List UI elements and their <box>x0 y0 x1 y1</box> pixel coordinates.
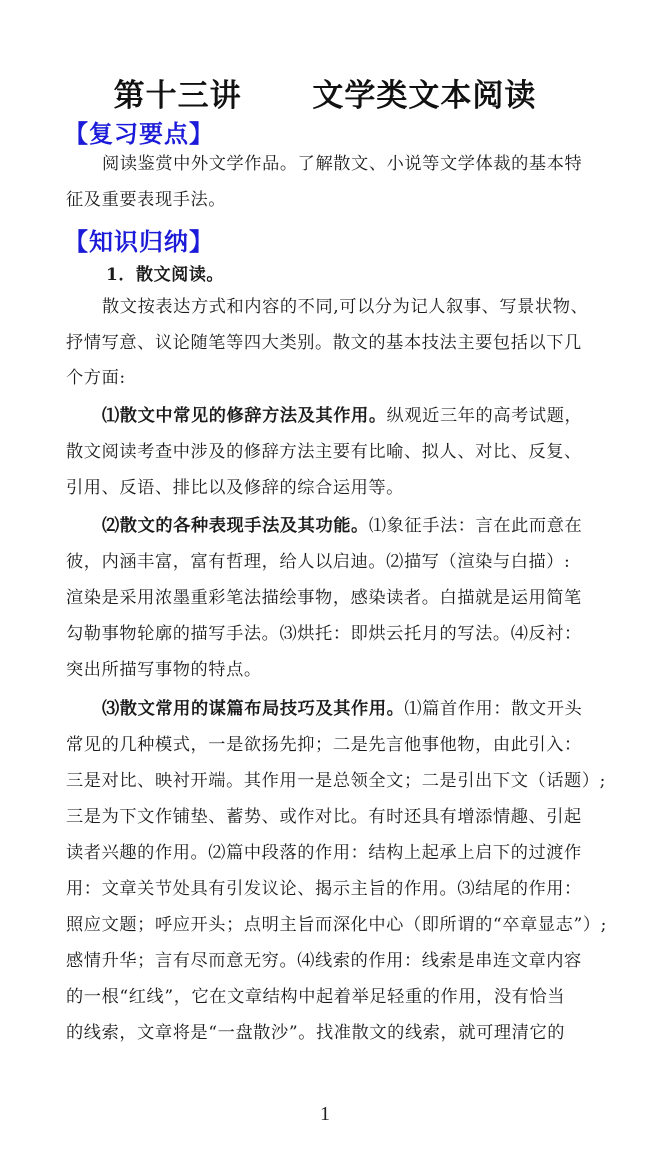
point3-first-text: ⑴篇首作用：散文开头 <box>404 699 582 719</box>
point3-heading: ⑶散文常用的谋篇布局技巧及其作用。 <box>102 699 404 719</box>
section-heading-review: 【复习要点】 <box>64 114 214 149</box>
point3-line-5: 读者兴趣的作用。⑵篇中段落的作用：结构上起承上启下的过渡作 <box>66 841 586 865</box>
point3-line-10: 的线索，文章将是“一盘散沙”。找准散文的线索，就可理清它的 <box>66 1021 586 1045</box>
point1-line-2: 散文阅读考查中涉及的修辞方法主要有比喻、拟人、对比、反复、 <box>66 440 586 464</box>
document-page: 第十三讲 文学类文本阅读 【复习要点】 阅读鉴赏中外文学作品。了解散文、小说等文… <box>0 0 650 1159</box>
point3-line-6: 用：文章关节处具有引发议论、揭示主旨的作用。⑶结尾的作用： <box>66 877 586 901</box>
point3-line-9: 的一根“红线”，它在文章结构中起着举足轻重的作用，没有恰当 <box>66 985 586 1009</box>
intro-line-2: 抒情写意、议论随笔等四大类别。散文的基本技法主要包括以下几 <box>66 331 586 355</box>
subheading-prose-reading: 1．散文阅读。 <box>106 260 224 285</box>
point1-first-text: 纵观近三年的高考试题， <box>387 406 583 426</box>
point1-first-line: ⑴散文中常见的修辞方法及其作用。纵观近三年的高考试题， <box>102 404 622 428</box>
intro-line-3: 个方面: <box>66 366 586 390</box>
point3-line-7: 照应文题；呼应开头；点明主旨而深化中心（即所谓的“卒章显志”）; <box>66 913 586 937</box>
point3-line-4: 三是为下文作铺垫、蓄势、或作对比。有时还具有增添情趣、引起 <box>66 805 586 829</box>
point2-line-3: 渲染是采用浓墨重彩笔法描绘事物，感染读者。白描就是运用简笔 <box>66 586 586 610</box>
point2-heading: ⑵散文的各种表现手法及其功能。 <box>102 516 369 536</box>
point2-first-line: ⑵散文的各种表现手法及其功能。⑴象征手法：言在此而意在 <box>102 514 622 538</box>
point3-line-3: 三是对比、映衬开端。其作用一是总领全文；二是引出下文（话题）; <box>66 769 586 793</box>
point1-line-3: 引用、反语、排比以及修辞的综合运用等。 <box>66 476 586 500</box>
point2-line-2: 彼，内涵丰富，富有哲理，给人以启迪。⑵描写（渲染与白描）: <box>66 550 586 574</box>
point2-line-4: 勾勒事物轮廓的描写手法。⑶烘托：即烘云托月的写法。⑷反衬： <box>66 622 586 646</box>
intro-line-1: 散文按表达方式和内容的不同,可以分为记人叙事、写景状物、 <box>102 295 622 319</box>
point3-first-line: ⑶散文常用的谋篇布局技巧及其作用。⑴篇首作用：散文开头 <box>102 697 622 721</box>
point2-line-5: 突出所描写事物的特点。 <box>66 658 586 682</box>
section-heading-knowledge: 【知识归纳】 <box>64 222 214 257</box>
point1-heading: ⑴散文中常见的修辞方法及其作用。 <box>102 406 387 426</box>
review-line-1: 阅读鉴赏中外文学作品。了解散文、小说等文学体裁的基本特 <box>102 152 622 176</box>
page-title: 第十三讲 文学类文本阅读 <box>0 70 650 115</box>
point3-line-2: 常见的几种模式，一是欲扬先抑；二是先言他事他物，由此引入： <box>66 733 586 757</box>
point2-first-text: ⑴象征手法：言在此而意在 <box>369 516 582 536</box>
page-number: 1 <box>0 1103 650 1126</box>
review-line-2: 征及重要表现手法。 <box>66 188 586 212</box>
point3-line-8: 感情升华；言有尽而意无穷。⑷线索的作用：线索是串连文章内容 <box>66 949 586 973</box>
